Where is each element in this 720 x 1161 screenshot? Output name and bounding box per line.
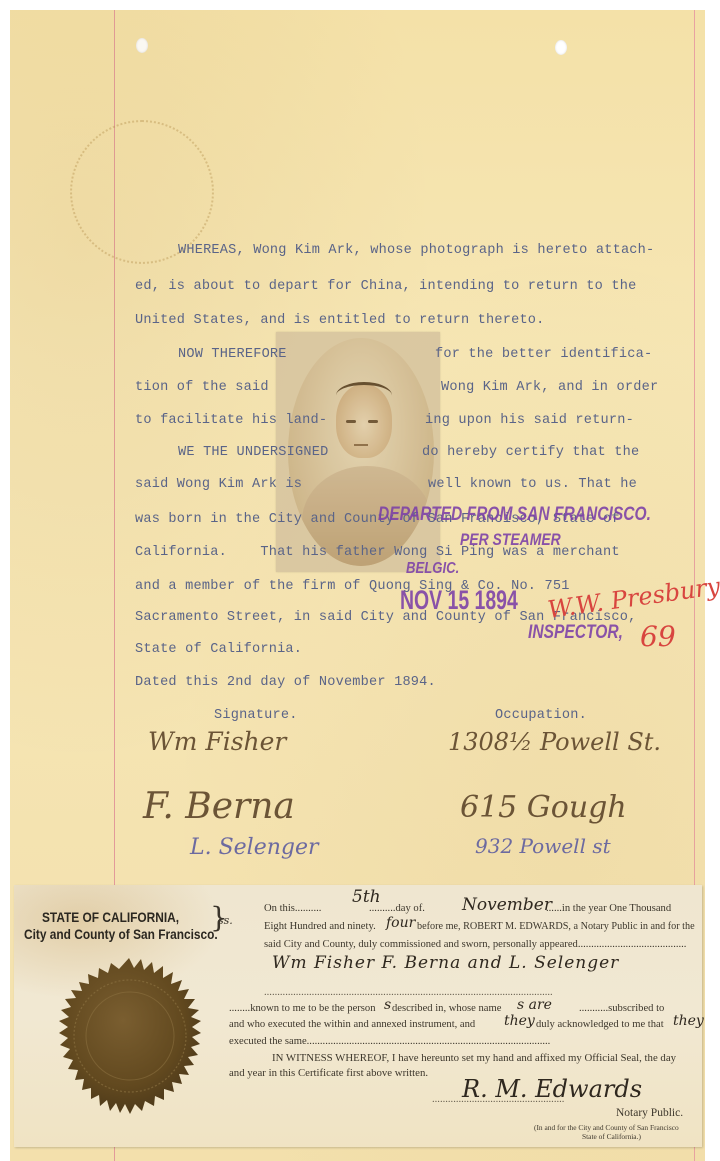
cert-they-handwritten-1: they [504, 1013, 535, 1029]
stamp-departure-date: NOV 15 1894 [400, 585, 518, 616]
affidavit-split-5-right: well known to us. That he [428, 478, 637, 492]
stamp-departed-from: DEPARTED FROM SAN FRANCISCO. [378, 504, 651, 526]
photo-eye-left [346, 420, 356, 423]
cert-line1-year-one-thousand: ......in the year One Thousand [546, 903, 671, 914]
affidavit-split-2-left: tion of the said [135, 381, 269, 395]
cert-witness-whereof-line2: and year in this Certificate first above… [229, 1067, 428, 1079]
photo-figure-cap [336, 382, 392, 409]
notary-jurisdiction-line2: State of California.) [582, 1132, 641, 1141]
cert-line5-known-to-me: ........known to me to be the person [229, 1003, 376, 1014]
affidavit-split-3-left: to facilitate his land- [135, 414, 327, 428]
affidavit-line-2: ed, is about to depart for China, intend… [135, 280, 636, 294]
witness-address-selenger: 932 Powell st [475, 834, 611, 858]
photo-eye-right [368, 420, 378, 423]
affidavit-line-3: United States, and is entitled to return… [135, 314, 545, 328]
notary-gold-seal-icon [44, 956, 214, 1128]
inspector-number: 69 [640, 620, 676, 653]
affidavit-dated-line: Dated this 2nd day of November 1894. [135, 676, 436, 690]
witness-address-fisher: 1308½ Powell St. [448, 728, 661, 756]
cert-appeared-names-handwritten: Wm Fisher F. Berna and L. Selenger [272, 953, 619, 973]
witness-signature-fisher: Wm Fisher [148, 727, 286, 756]
witness-signature-selenger: L. Selenger [190, 835, 319, 860]
cert-line7-executed-same: executed the same.......................… [229, 1036, 550, 1047]
witness-signature-berna: F. Berna [143, 786, 295, 827]
affidavit-split-1-left: NOW THEREFORE [178, 348, 287, 362]
punch-hole-left [136, 38, 148, 53]
affidavit-line-1: WHEREAS, Wong Kim Ark, whose photograph … [178, 244, 654, 258]
affidavit-split-1-right: for the better identifica- [435, 348, 652, 362]
cert-year-handwritten: four [386, 915, 415, 931]
notary-certificate: STATE OF CALIFORNIA, City and County of … [14, 885, 702, 1147]
cert-line1-day-of: ..........day of. [369, 903, 425, 914]
affidavit-split-5-left: said Wong Kim Ark is [135, 478, 302, 492]
affidavit-split-4-right: do hereby certify that the [422, 446, 639, 460]
cert-line6-executed-within: and who executed the within and annexed … [229, 1019, 475, 1030]
stamp-per-steamer: PER STEAMER [460, 530, 561, 550]
cert-line3-appeared: said City and County, duly commissioned … [264, 939, 686, 950]
stamp-inspector: INSPECTOR, [528, 622, 623, 644]
cert-name-s-are-handwritten: s are [517, 997, 552, 1013]
cert-person-s-handwritten: s [384, 997, 391, 1013]
cert-month-handwritten: November [462, 895, 552, 915]
cert-heading-state: STATE OF CALIFORNIA, [42, 909, 179, 925]
affidavit-split-4-left: WE THE UNDERSIGNED [178, 446, 328, 460]
occupation-column-header: Occupation. [495, 709, 587, 723]
affidavit-line-8: State of California. [135, 643, 302, 657]
notary-signature: R. M. Edwards [462, 1075, 642, 1103]
cert-witness-whereof-line1: IN WITNESS WHEREOF, I have hereunto set … [272, 1052, 676, 1064]
cert-line1-on-this: On this.......... [264, 903, 321, 914]
cert-heading-city-county: City and County of San Francisco. [24, 926, 218, 942]
witness-address-berna: 615 Gough [460, 790, 627, 825]
punch-hole-right [555, 40, 567, 55]
notary-jurisdiction-line1: (In and for the City and County of San F… [534, 1123, 679, 1132]
cert-line2-eight-hundred: Eight Hundred and ninety. [264, 921, 376, 932]
cert-line6-acknowledged: duly acknowledged to me that [536, 1019, 664, 1030]
affidavit-split-3-right: ing upon his said return- [425, 414, 634, 428]
notary-title: Notary Public. [616, 1107, 683, 1119]
cert-line2-before-me: before me, ROBERT M. EDWARDS, a Notary P… [417, 921, 695, 932]
photo-mouth [354, 444, 368, 446]
cert-they-handwritten-2: they [673, 1013, 704, 1029]
signature-column-header: Signature. [214, 709, 298, 723]
cert-line4-dotted: ........................................… [264, 987, 694, 998]
stamp-ship-name: BELGIC. [406, 560, 459, 578]
cert-ss: ss. [218, 914, 233, 927]
affidavit-split-2-right: Wong Kim Ark, and in order [441, 381, 658, 395]
cert-line5-subscribed: ...........subscribed to [579, 1003, 664, 1014]
cert-line5-described-in: described in, whose name [392, 1003, 501, 1014]
